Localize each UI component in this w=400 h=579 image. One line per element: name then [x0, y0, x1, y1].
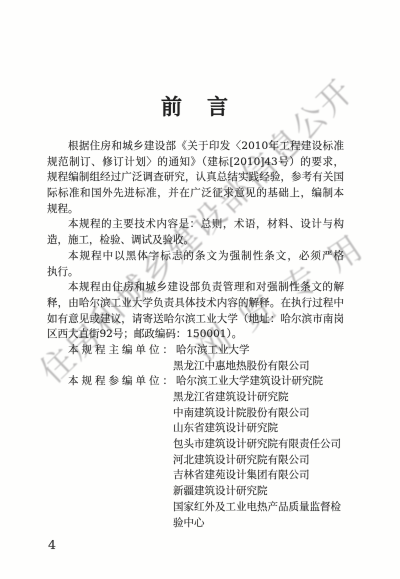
text-line: 吉林省建苑设计集团有限公司	[47, 468, 344, 484]
body-lines: 根据住房和城乡建设部《关于印发〈2010年工程建设标准规范制订、修订计划〉的通知…	[47, 139, 344, 531]
editor-label: 本规程参编单位：	[68, 375, 176, 387]
text-line: 山东省建筑设计研究院	[47, 421, 344, 437]
text-line: 规程。	[47, 202, 344, 218]
text-line: 本规程主编单位：哈尔滨工业大学	[47, 343, 344, 359]
text-line: 规程编制组经过广泛调查研究，认真总结实践经验，参考有关国	[47, 170, 344, 186]
text-line: 黑龙江中惠地热股份有限公司	[47, 359, 344, 375]
text-line: 河北建筑设计研究院有限公司	[47, 453, 344, 469]
text-line: 区西大直街92号；邮政编码：150001）。	[47, 327, 344, 343]
preface-title: 前 言	[47, 91, 344, 121]
text-line: 规范制订、修订计划〉的通知》（建标[2010]43号）的要求，	[47, 155, 344, 171]
text-line: 验中心	[47, 516, 344, 532]
text-line: 本规程由住房和城乡建设部负责管理和对强制性条文的解	[47, 280, 344, 296]
text-line: 中南建筑设计院股份有限公司	[47, 406, 344, 422]
text-line: 国家红外及工业电热产品质量监督检	[47, 500, 344, 516]
text-line: 新疆建筑设计研究院	[47, 484, 344, 500]
text-line: 造，施工，检验、调试及验收。	[47, 233, 344, 249]
text-line: 本规程中以黑体字标志的条文为强制性条文，必须严格	[47, 249, 344, 265]
editor-value: 哈尔滨工业大学建筑设计研究院	[176, 375, 323, 387]
text-line: 执行。	[47, 265, 344, 281]
page: 住房和城乡建设部信息公开 浏览专用 前 言 根据住房和城乡建设部《关于印发〈20…	[0, 0, 400, 579]
text-line: 根据住房和城乡建设部《关于印发〈2010年工程建设标准	[47, 139, 344, 155]
text-line: 如有意见或建议，请寄送哈尔滨工业大学（地址：哈尔滨市南岗	[47, 312, 344, 328]
text-line: 黑龙江省建筑设计研究院	[47, 390, 344, 406]
text-line: 本规程参编单位：哈尔滨工业大学建筑设计研究院	[47, 374, 344, 390]
editor-label: 本规程主编单位：	[68, 344, 176, 356]
page-number: 4	[48, 537, 56, 552]
editor-value: 哈尔滨工业大学	[176, 344, 250, 356]
text-line: 际标准和国外先进标准，并在广泛征求意见的基础上，编制本	[47, 186, 344, 202]
text-line: 包头市建筑设计研究院有限责任公司	[47, 437, 344, 453]
text-line: 本规程的主要技术内容是：总则，术语，材料、设计与构	[47, 217, 344, 233]
text-line: 释，由哈尔滨工业大学负责具体技术内容的解释。在执行过程中	[47, 296, 344, 312]
